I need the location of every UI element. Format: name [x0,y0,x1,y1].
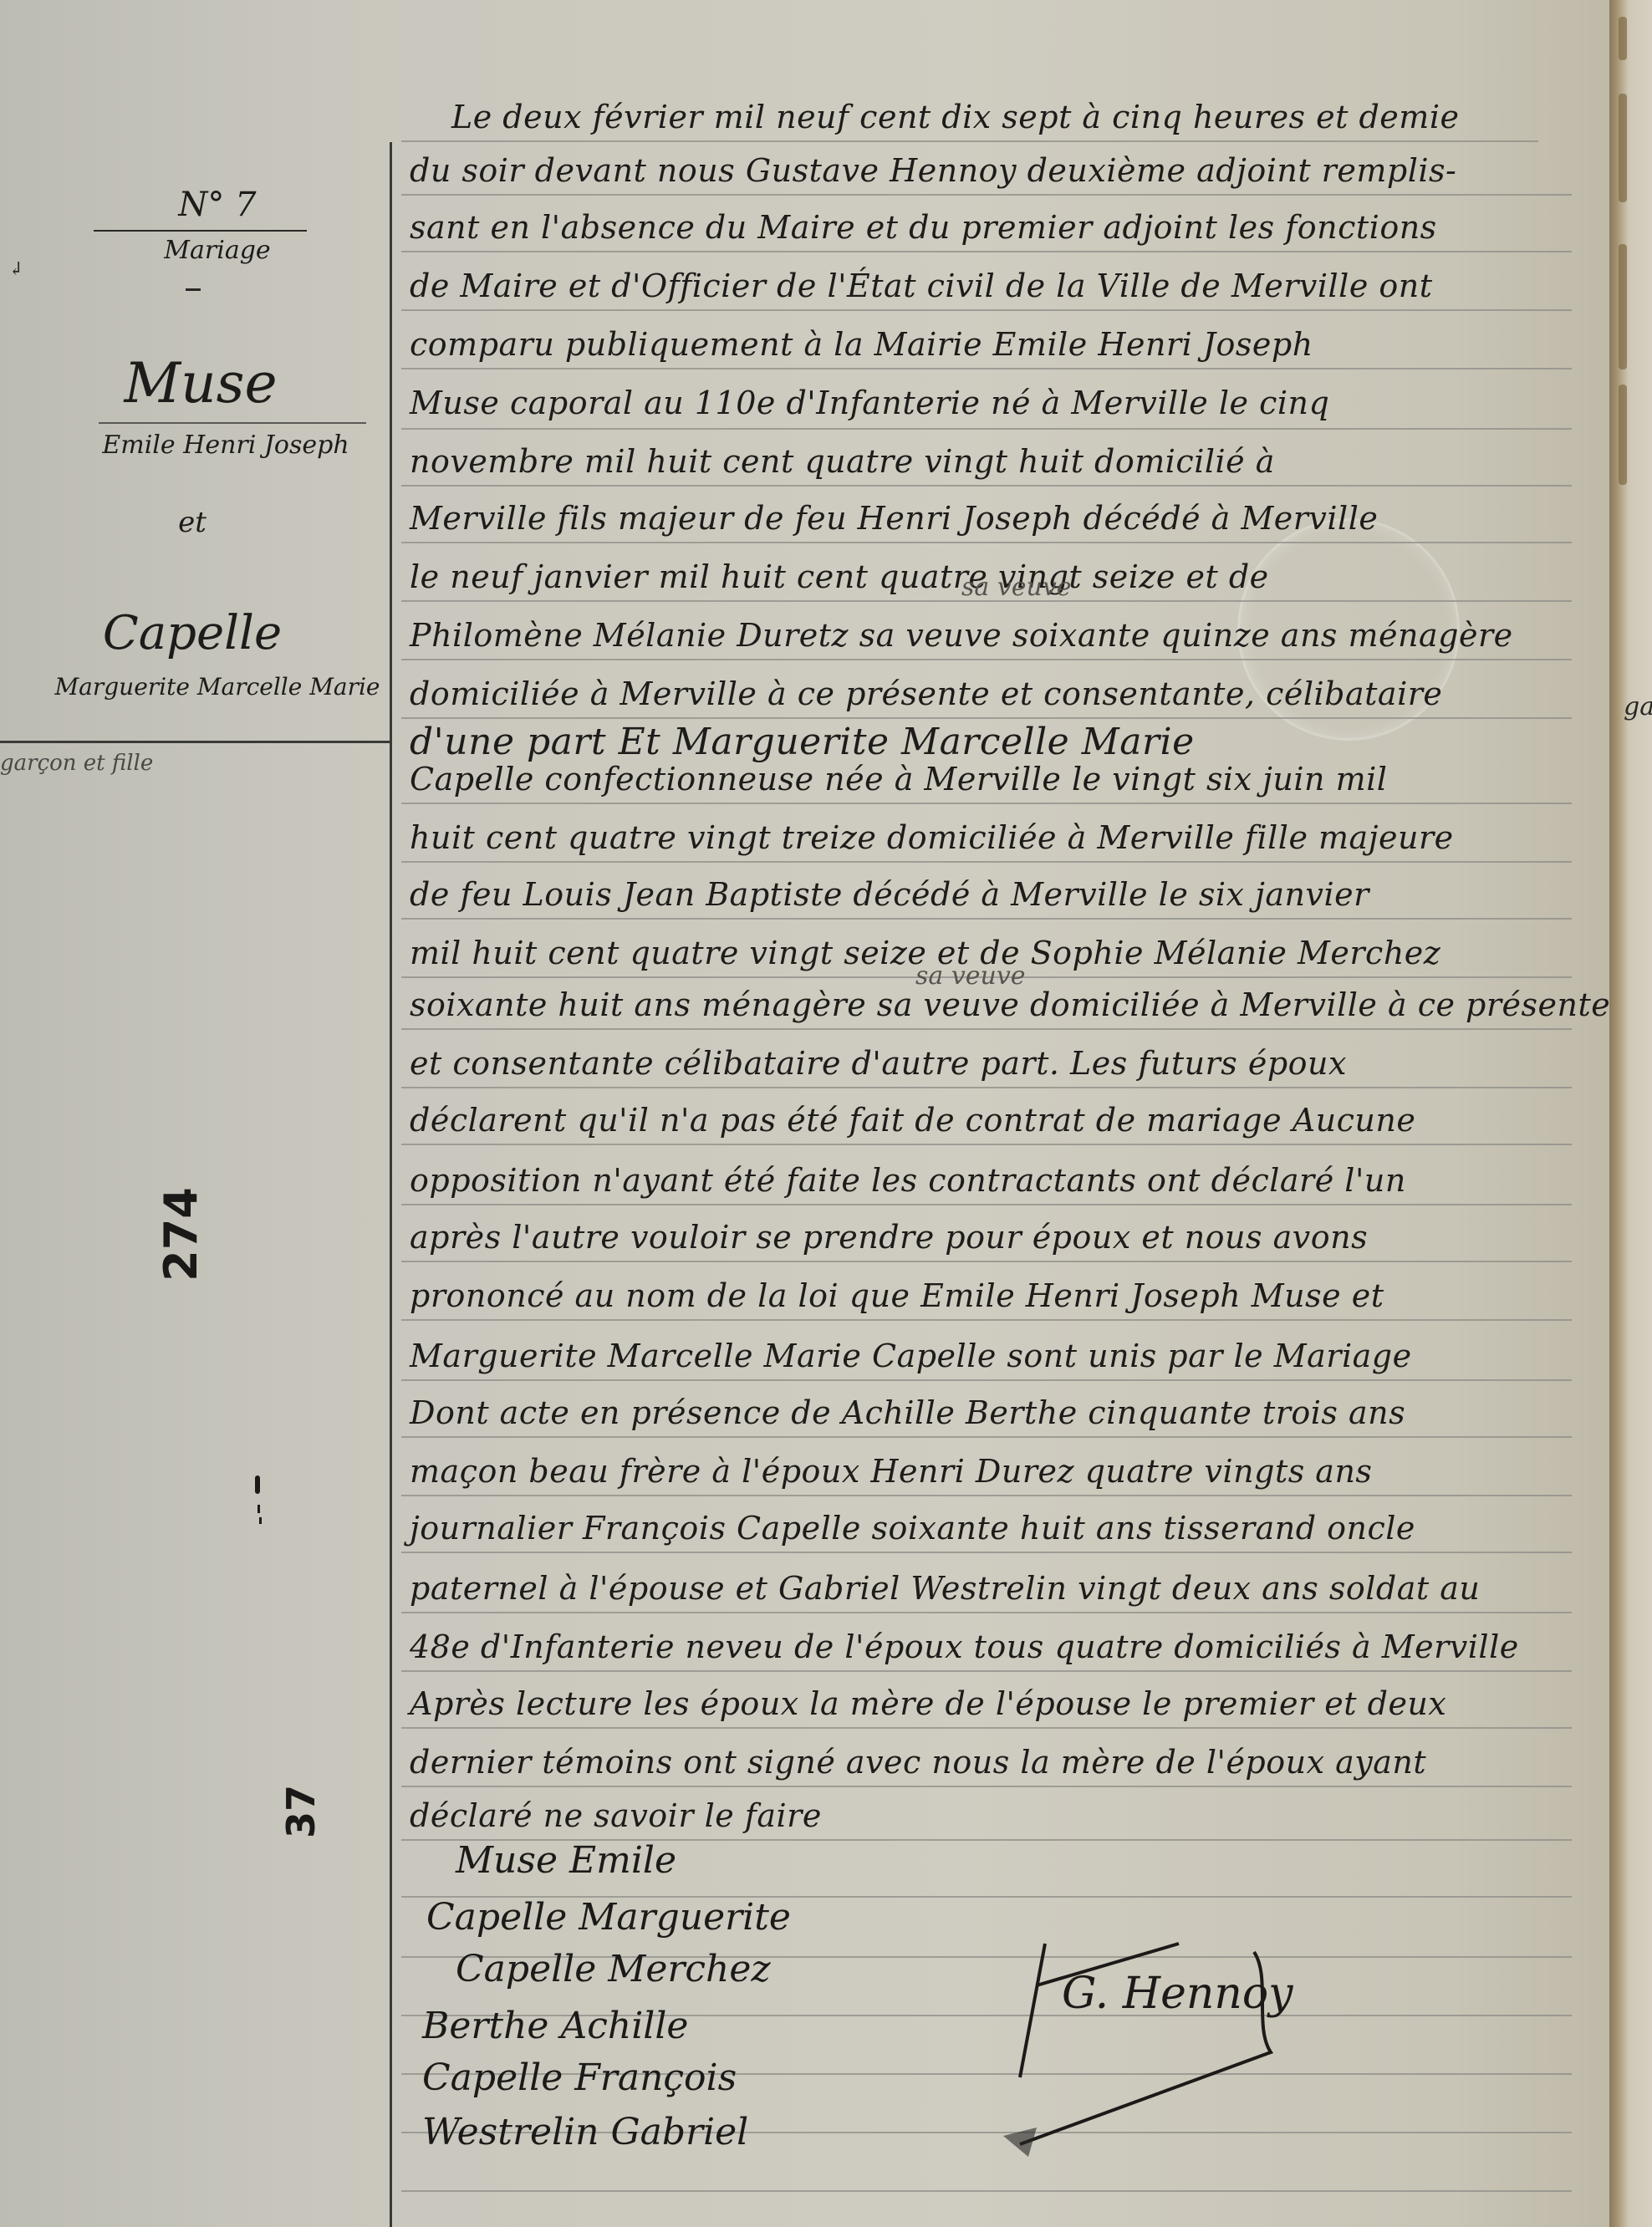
ruled-line [401,368,1572,369]
ruled-line [401,1786,1572,1787]
ruled-line [401,1670,1572,1672]
body-line-11: domiciliée à Merville à ce présente et c… [410,675,1442,712]
body-line-12: d'une part Et Marguerite Marcelle Marie [410,721,1195,763]
body-line-9: le neuf janvier mil huit cent quatre vin… [410,558,1269,595]
stamp-dot [259,1517,262,1524]
ruled-line [401,194,1572,196]
body-line-5: comparu publiquement à la Mairie Emile H… [410,326,1313,363]
ruled-line [401,1028,1572,1030]
body-line-27: paternel à l'épouse et Gabriel Westrelin… [410,1570,1480,1607]
status-note: garçon et fille [0,751,176,776]
body-line-24: Dont acte en présence de Achille Berthe … [410,1394,1405,1431]
ruled-line [401,1144,1572,1145]
signature-witness-westrelin: Westrelin Gabriel [422,2111,748,2153]
separator-dash [186,288,201,291]
ruled-line [401,1727,1572,1729]
ruled-line [401,1087,1572,1088]
ruled-line [401,428,1572,430]
stamp-dot [257,1505,260,1513]
body-line-26: journalier François Capelle soixante hui… [410,1510,1415,1547]
binding-thread [1619,94,1627,202]
ruled-line [401,1495,1572,1496]
body-line-28: 48e d'Infanterie neveu de l'époux tous q… [410,1628,1519,1665]
signature-groom: Muse Emile [456,1839,676,1882]
body-line-4: de Maire et d'Officier de l'État civil d… [410,268,1433,304]
ruled-line [401,309,1572,311]
margin-mark: ↲ [8,259,23,280]
conjunction-et: et [167,506,217,539]
margin-horizontal-rule [0,741,391,743]
body-line-14: huit cent quatre vingt treize domiciliée… [410,819,1454,856]
ruled-line [401,1552,1572,1553]
officer-signature-flourish [1003,1927,1354,2161]
body-line-20: opposition n'ayant été faite les contrac… [410,1162,1406,1199]
body-line-10: Philomène Mélanie Duretz sa veuve soixan… [410,617,1513,654]
act-number: N° 7 [125,186,309,224]
body-line-21: après l'autre vouloir se prendre pour ép… [410,1219,1368,1256]
body-line-23: Marguerite Marcelle Marie Capelle sont u… [410,1338,1412,1374]
signature-bride: Capelle Marguerite [426,1896,791,1939]
ruled-line [401,1204,1572,1205]
body-line-30: dernier témoins ont signé avec nous la m… [410,1744,1426,1781]
groom-surname-underline [99,422,366,424]
folio-stamp-37: 37 [278,1785,324,1838]
body-line-15: de feu Louis Jean Baptiste décédé à Merv… [410,876,1369,913]
ruled-line [401,1261,1572,1262]
body-line-29: Après lecture les époux la mère de l'épo… [410,1685,1446,1722]
body-line-3: sant en l'absence du Maire et du premier… [410,209,1437,246]
signature-bride-mother: Capelle Merchez [456,1948,771,1990]
ruled-line [401,1612,1572,1613]
bride-given-names: Marguerite Marcelle Marie [50,673,385,701]
body-line-31: déclaré ne savoir le faire [410,1797,822,1834]
ruled-line [401,485,1572,487]
interlinear-annotation-1: sa veuve [961,573,1072,602]
act-number-underline [94,230,307,232]
ruled-line [401,1319,1572,1321]
book-binding [1609,0,1652,2227]
body-line-19: déclarent qu'il n'a pas été fait de cont… [410,1102,1415,1139]
page-stamp-274: 274 [155,1187,207,1282]
binding-thread [1619,244,1627,369]
signature-witness-berthe: Berthe Achille [422,2005,688,2047]
officer-signature: G. Hennoy [1062,1969,1293,2019]
ruled-line [401,861,1572,863]
groom-surname: Muse [92,351,309,415]
body-line-8: Merville fils majeur de feu Henri Joseph… [410,500,1378,537]
binding-thread [1619,17,1627,60]
stamp-dot [255,1475,260,1494]
binding-thread [1619,385,1627,485]
ruled-line [401,717,1572,719]
act-type: Mariage [125,236,309,265]
body-line-6: Muse caporal au 110e d'Infanterie né à M… [410,385,1329,421]
body-line-22: prononcé au nom de la loi que Emile Henr… [410,1277,1384,1314]
body-line-7: novembre mil huit cent quatre vingt huit… [410,443,1275,480]
ruled-line [401,803,1572,804]
body-line-2: du soir devant nous Gustave Hennoy deuxi… [410,152,1456,189]
ruled-line [401,918,1572,920]
ruled-line [401,1379,1572,1381]
body-line-25: maçon beau frère à l'époux Henri Durez q… [410,1453,1372,1490]
ruled-line [401,251,1572,252]
groom-given-names: Emile Henri Joseph [84,431,368,460]
body-line-17: soixante huit ans ménagère sa veuve domi… [410,986,1610,1023]
ruled-line [401,2190,1572,2192]
adjacent-page-fragment: ga [1624,692,1652,721]
body-line-18: et consentante célibataire d'autre part.… [410,1045,1347,1082]
bride-surname: Capelle [92,606,293,660]
ruled-line [401,140,1538,142]
signature-witness-capelle: Capelle François [422,2056,737,2099]
ruled-line [401,542,1572,543]
margin-vertical-rule [390,142,392,2227]
ruled-line [401,1436,1572,1438]
body-line-13: Capelle confectionneuse née à Merville l… [410,761,1387,798]
ruled-line [401,659,1572,660]
body-line-1: Le deux février mil neuf cent dix sept à… [451,99,1459,135]
